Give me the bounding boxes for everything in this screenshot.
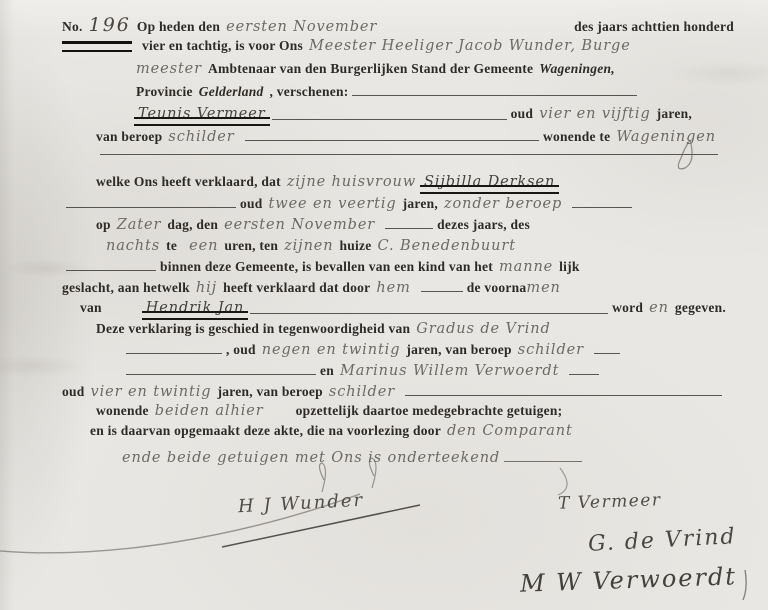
line-occupation: van beroep schilder wonende te Wageninge… — [96, 129, 722, 145]
line-birth-time: nachts te een uren, ten zijnen huize C. … — [106, 238, 720, 254]
fill-rule — [352, 93, 637, 96]
handwritten-date: eersten November — [226, 19, 377, 35]
fill-rule — [250, 311, 608, 314]
line-akte-closing: en is daarvan opgemaakt deze akte, die n… — [90, 423, 726, 439]
handwritten-sex: manne — [499, 259, 553, 275]
printed-te: te — [166, 238, 177, 254]
fill-rule — [594, 351, 620, 354]
printed-provincie-name: Gelderland — [199, 84, 264, 100]
printed-binnen-gemeente: binnen deze Gemeente, is bevallen van ee… — [160, 259, 493, 275]
printed-verklaard: welke Ons heeft verklaard, dat — [96, 174, 281, 190]
fill-rule — [126, 351, 222, 354]
printed-jaren: jaren, — [657, 106, 692, 122]
printed-word: word — [612, 300, 643, 316]
line-declarant: Teunis Vermeer oud vier en vijftig jaren… — [136, 106, 692, 124]
fill-rule — [245, 138, 539, 141]
handwritten-witness2-name: Marinus Willem Verwoerdt — [340, 363, 559, 379]
printed-beroep-label: van beroep — [96, 129, 162, 145]
fill-rule — [66, 268, 156, 271]
handwritten-zijnen: zijnen — [284, 238, 333, 254]
fill-rule — [504, 459, 582, 462]
printed-tegenwoordigheid: Deze verklaring is geschied in tegenwoor… — [96, 321, 410, 337]
printed-op-heden: Op heden den — [137, 19, 220, 35]
printed-uren-ten: uren, ten — [224, 238, 278, 254]
printed-beroep-4: jaren, van beroep — [217, 384, 322, 400]
signature-official: H J Wunder — [238, 490, 365, 518]
handwritten-birth-date: eersten November — [224, 217, 375, 233]
signature-declarant: T Vermeer — [558, 490, 662, 514]
handwritten-mother-age: twee en veertig — [269, 196, 397, 212]
printed-verklaard-door: heeft verklaard dat door — [223, 280, 370, 296]
line-declaration: geslacht, aan hetwelk hij heeft verklaar… — [62, 280, 726, 296]
handwritten-men: men — [526, 280, 560, 296]
line-residence-witnesses: wonende beiden alhier opzettelijk daarto… — [96, 403, 722, 419]
fill-rule — [272, 117, 507, 120]
printed-opgemaakt: en is daarvan opgemaakt deze akte, die n… — [90, 423, 441, 439]
handwritten-witness2-occupation: schilder — [329, 384, 395, 400]
line-registrar: vier en tachtig, is voor Ons Meester Hee… — [62, 38, 734, 54]
printed-lijk: lijk — [559, 259, 580, 275]
line-mother-age: oud twee en veertig jaren, zonder beroep — [62, 196, 662, 212]
handwritten-declarant-name: Teunis Vermeer — [136, 106, 268, 124]
handwritten-daypart: nachts — [106, 238, 160, 254]
printed-oud-3: , oud — [226, 342, 256, 358]
fill-rule — [66, 205, 236, 208]
handwritten-child-names: Hendrik Jan — [144, 300, 247, 318]
printed-gegeven: gegeven. — [675, 300, 726, 316]
handwritten-beiden-alhier: beiden alhier — [155, 403, 264, 419]
act-number-label: No. — [62, 19, 83, 35]
handwritten-mother-name: Sijbilla Derksen — [422, 174, 557, 192]
printed-huize: huize — [340, 238, 372, 254]
printed-voorna: de voorna — [467, 280, 527, 296]
line-witness2-name: en Marinus Willem Verwoerdt — [122, 363, 702, 379]
printed-wonende-2: wonende — [96, 403, 149, 419]
fill-rule — [405, 393, 722, 396]
handwritten-declarant-residence: Wageningen — [616, 129, 716, 145]
handwritten-witness1-name: Gradus de Vrind — [416, 321, 550, 337]
line-child-sex: binnen deze Gemeente, is bevallen van ee… — [62, 259, 726, 275]
handwritten-registrar-cont: meester — [136, 61, 202, 77]
line-witness2-details: oud vier en twintig jaren, van beroep sc… — [62, 384, 726, 400]
line-child-names: van Hendrik Jan word en gegeven. — [80, 300, 726, 318]
act-number-value: 196 — [89, 14, 131, 36]
handwritten-declarant-occupation: schilder — [168, 129, 234, 145]
handwritten-en: en — [649, 300, 669, 316]
printed-year: des jaars achttien honderd — [574, 19, 734, 35]
handwritten-comparant: den Comparant — [447, 423, 573, 439]
printed-oud-4: oud — [62, 384, 85, 400]
line-witnesses-intro: Deze verklaring is geschied in tegenwoor… — [96, 321, 726, 337]
printed-oud: oud — [511, 106, 534, 122]
line-wife: welke Ons heeft verklaard, dat zijne hui… — [96, 174, 722, 192]
handwritten-witness1-age: negen en twintig — [262, 342, 401, 358]
fill-rule — [572, 205, 632, 208]
printed-en-2: en — [320, 363, 334, 379]
printed-beroep-3: jaren, van beroep — [406, 342, 511, 358]
handwritten-registrar-name: Meester Heeliger Jacob Wunder, Burge — [309, 38, 631, 54]
printed-gemeente-name: Wageningen, — [539, 61, 615, 77]
handwritten-weekday: Zater — [117, 217, 162, 233]
fill-rule — [421, 289, 463, 292]
signature-witness2: M W Verwoerdt — [520, 562, 738, 598]
fill-rule — [385, 226, 433, 229]
printed-jaren-2: jaren, — [403, 196, 438, 212]
fill-rule — [126, 372, 316, 375]
line-blank-rule — [96, 152, 722, 155]
handwritten-declarant-age: vier en vijftig — [539, 106, 650, 122]
line-closing-handwritten: ende beide getuigen met Ons is onderteek… — [122, 450, 682, 466]
handwritten-hem: hem — [376, 280, 410, 296]
printed-op: op — [96, 217, 111, 233]
printed-dag-den: dag, den — [167, 217, 218, 233]
line-provincie: Provincie Gelderland , verschenen: — [136, 84, 641, 100]
line-witness1-details: , oud negen en twintig jaren, van beroep… — [122, 342, 682, 358]
handwritten-closing: ende beide getuigen met Ons is onderteek… — [122, 450, 500, 466]
number-double-bar — [62, 41, 132, 52]
handwritten-witness2-age: vier en twintig — [91, 384, 212, 400]
line-ambtenaar: meester Ambtenaar van den Burgerlijken S… — [136, 61, 734, 77]
line-heading: No. 196 Op heden den eersten November de… — [62, 14, 734, 36]
birth-record-scan: No. 196 Op heden den eersten November de… — [0, 0, 768, 610]
printed-van: van — [80, 300, 102, 316]
signature-witness1: G. de Vrind — [587, 524, 737, 557]
handwritten-hour: een — [189, 238, 218, 254]
handwritten-mother-occupation: zonder beroep — [444, 196, 562, 212]
printed-dezes-jaars: dezes jaars, des — [437, 217, 530, 233]
printed-year-tail: vier en tachtig, is voor Ons — [142, 38, 303, 54]
handwritten-address: C. Benedenbuurt — [378, 238, 516, 254]
fill-rule — [569, 372, 599, 375]
printed-wonende-te: wonende te — [543, 129, 610, 145]
handwritten-huisvrouw: zijne huisvrouw — [287, 174, 416, 190]
handwritten-witness1-occupation: schilder — [518, 342, 584, 358]
printed-oud-2: oud — [240, 196, 263, 212]
printed-provincie-label: Provincie — [136, 84, 193, 100]
printed-getuigen: opzettelijk daartoe medegebrachte getuig… — [296, 403, 563, 419]
printed-ambtenaar: Ambtenaar van den Burgerlijken Stand der… — [208, 61, 533, 77]
handwritten-hij: hij — [196, 280, 217, 296]
printed-verschenen: , verschenen: — [270, 84, 349, 100]
printed-geslacht: geslacht, aan hetwelk — [62, 280, 190, 296]
fill-rule — [100, 152, 718, 155]
line-birth-date: op Zater dag, den eersten November dezes… — [96, 217, 710, 233]
